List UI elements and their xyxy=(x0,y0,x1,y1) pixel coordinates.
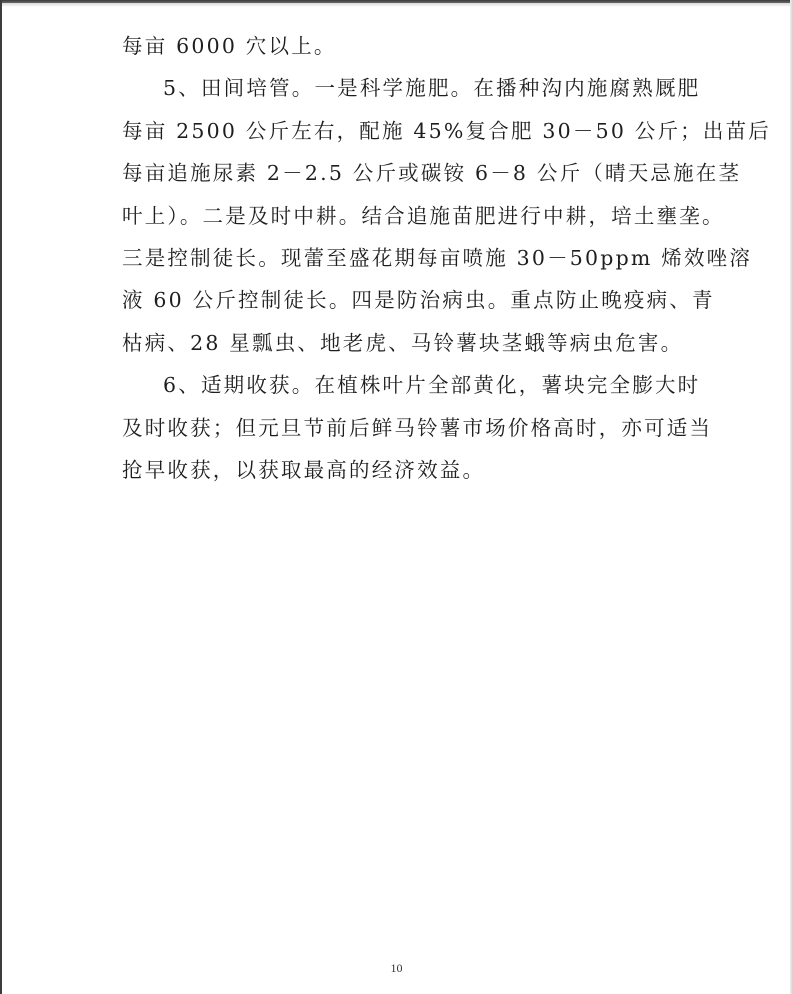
page-number: 10 xyxy=(0,961,793,976)
document-body: 每亩 6000 穴以上。 5、田间培管。一是科学施肥。在播种沟内施腐熟厩肥 每亩… xyxy=(122,30,678,496)
text-line-5: 叶上）。二是及时中耕。结合追施苗肥进行中耕，培土壅垄。 xyxy=(122,200,678,242)
scan-left-border xyxy=(0,0,2,994)
text-line-11: 抢早收获，以获取最高的经济效益。 xyxy=(122,454,678,496)
text-line-7: 液 60 公斤控制徒长。四是防治病虫。重点防止晚疫病、青 xyxy=(122,284,678,326)
paragraph-6-heading-line: 6、适期收获。在植株叶片全部黄化，薯块完全膨大时 xyxy=(122,369,678,411)
scan-top-shadow xyxy=(0,3,793,7)
text-line-4: 每亩追施尿素 2－2.5 公斤或碳铵 6－8 公斤（晴天忌施在茎 xyxy=(122,157,678,199)
paragraph-5-heading-line: 5、田间培管。一是科学施肥。在播种沟内施腐熟厩肥 xyxy=(122,72,678,114)
text-line-10: 及时收获；但元旦节前后鲜马铃薯市场价格高时，亦可适当 xyxy=(122,412,678,454)
text-line-8: 枯病、28 星瓢虫、地老虎、马铃薯块茎蛾等病虫危害。 xyxy=(122,327,678,369)
text-line-1: 每亩 6000 穴以上。 xyxy=(122,30,678,72)
text-line-6: 三是控制徒长。现蕾至盛花期每亩喷施 30－50ppm 烯效唑溶 xyxy=(122,242,678,284)
text-line-3: 每亩 2500 公斤左右，配施 45%复合肥 30－50 公斤；出苗后 xyxy=(122,115,678,157)
